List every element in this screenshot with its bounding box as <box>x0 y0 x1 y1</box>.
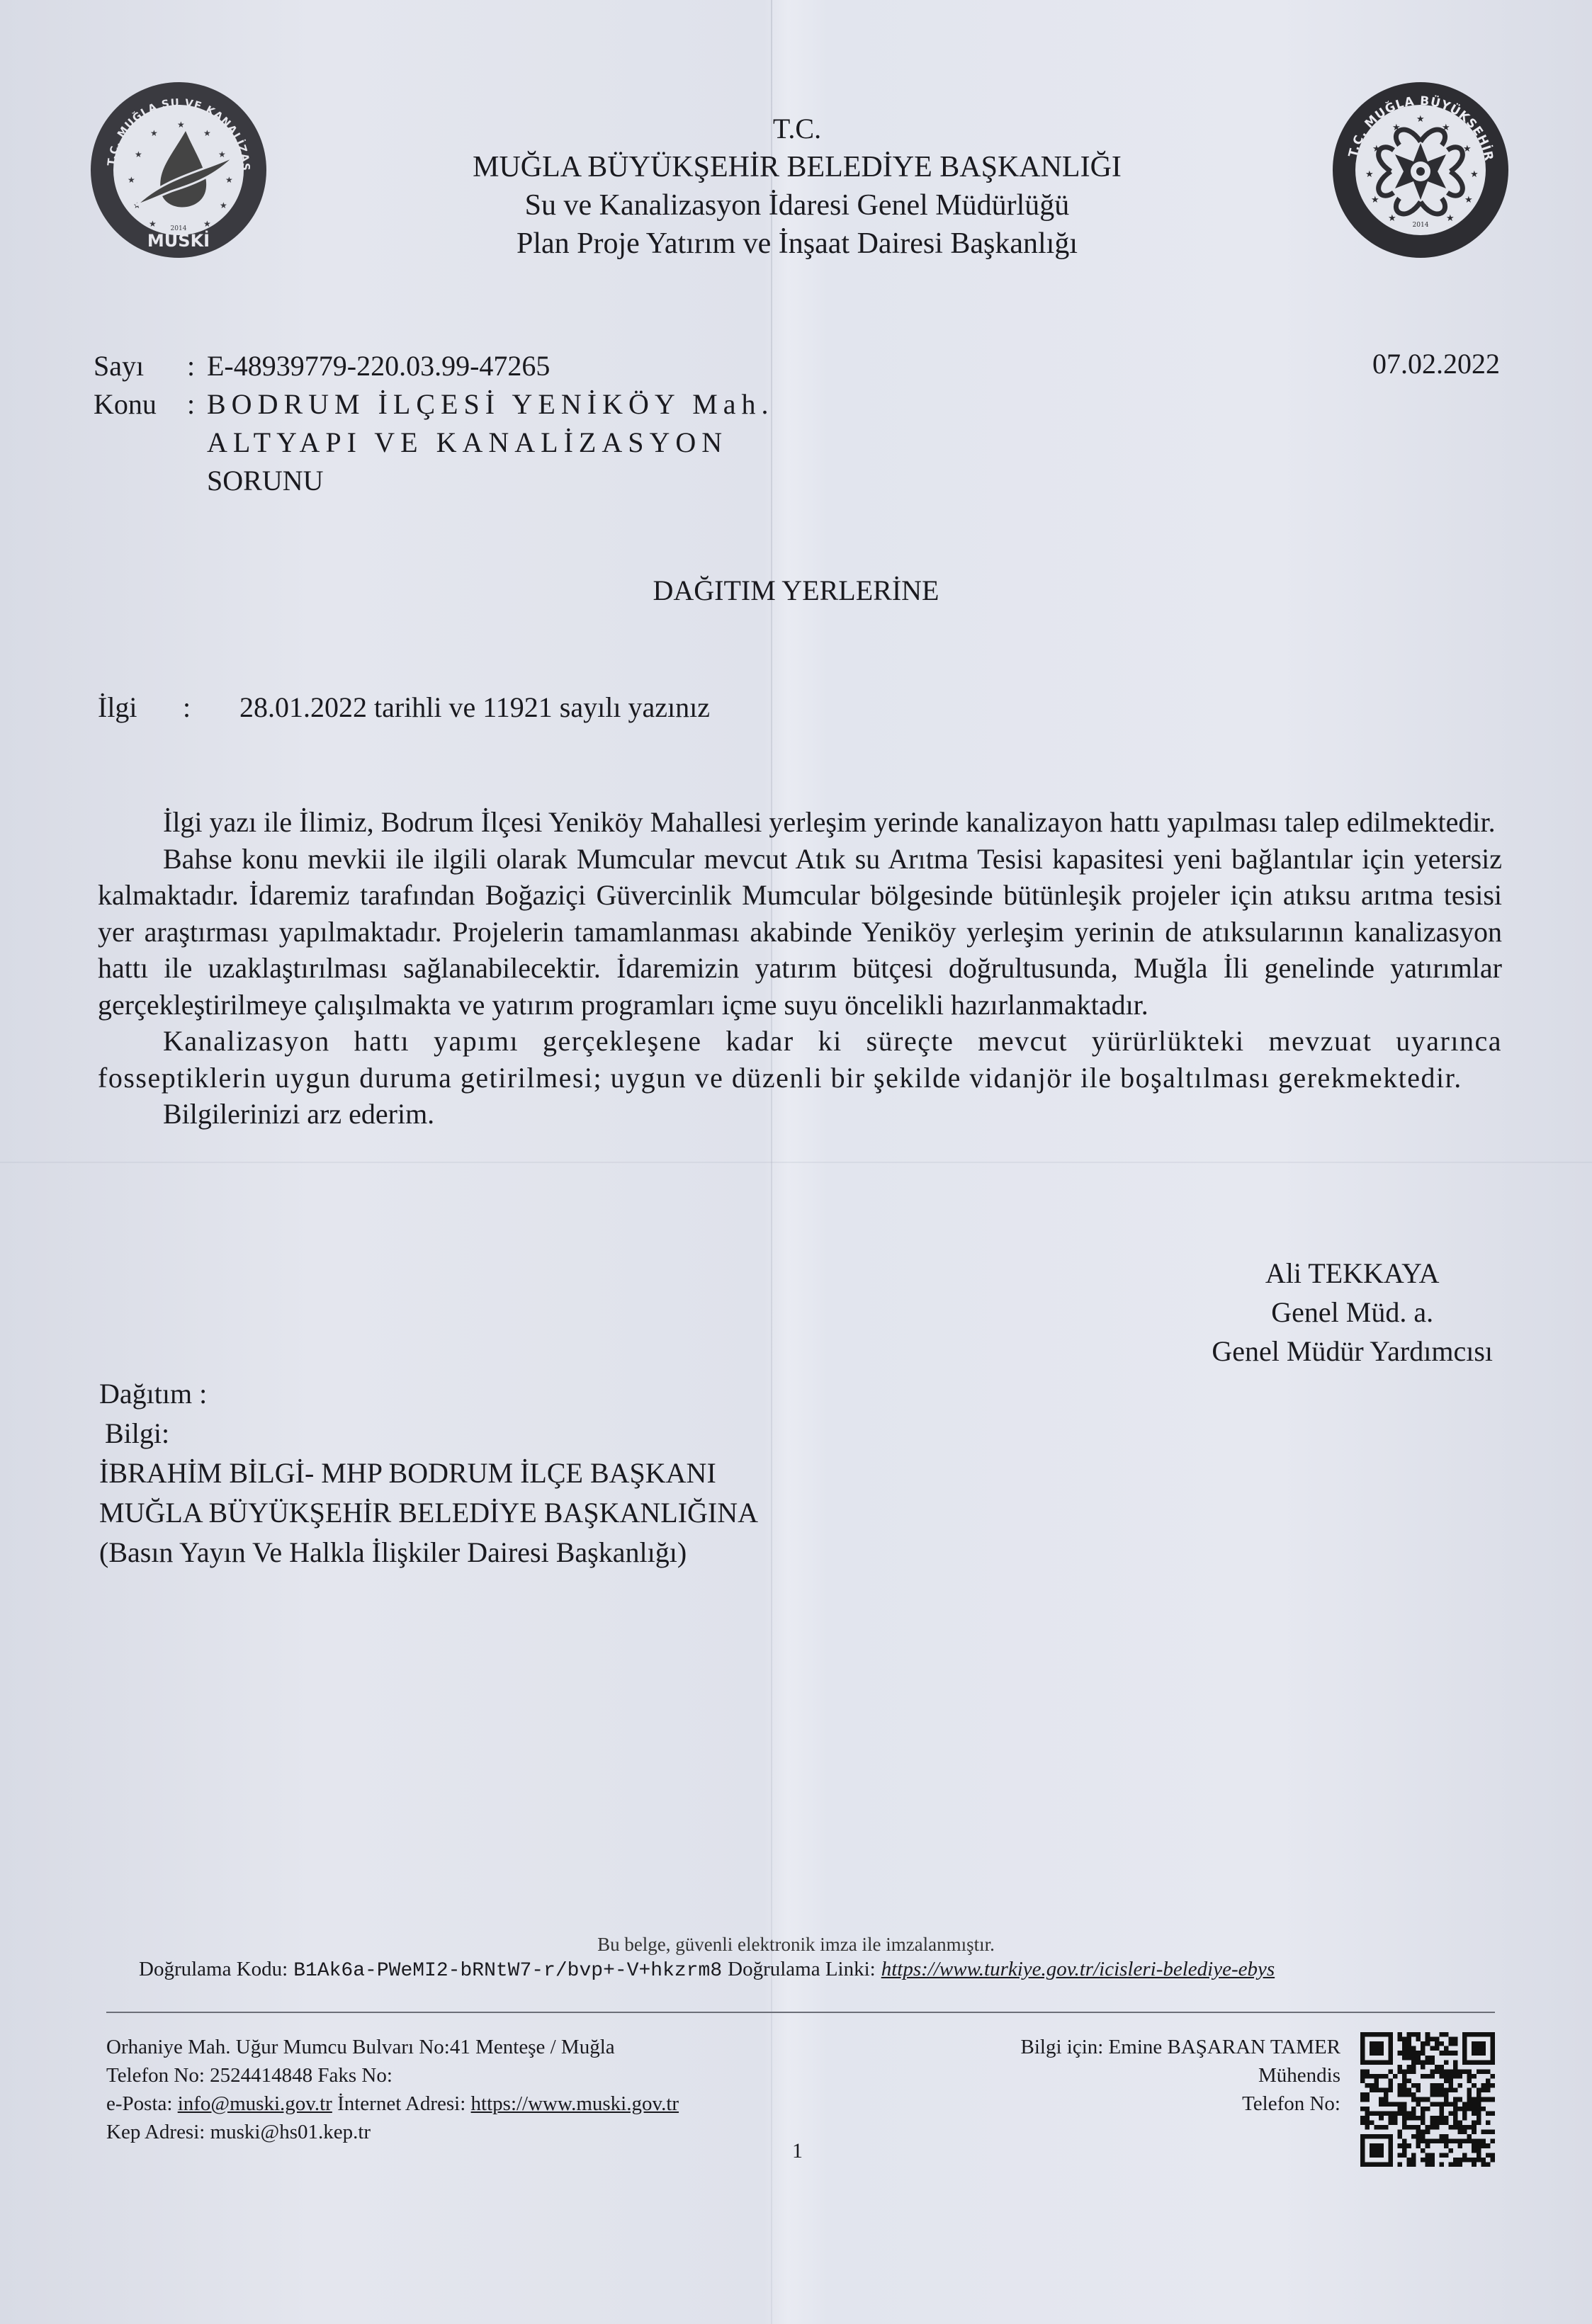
address-line: Orhaniye Mah. Uğur Mumcu Bulvarı No:41 M… <box>106 2033 679 2061</box>
email-label: e-Posta: <box>106 2092 172 2115</box>
svg-text:★: ★ <box>177 120 185 130</box>
contact-phone: Telefon No: <box>1021 2090 1341 2118</box>
body-paragraph-3: Kanalizasyon hattı yapımı gerçekleşene k… <box>98 1023 1502 1096</box>
signature-block: Ali TEKKAYA Genel Müd. a. Genel Müdür Ya… <box>1212 1254 1493 1371</box>
distribution-item: MUĞLA BÜYÜKŞEHİR BELEDİYE BAŞKANLIĞINA <box>99 1493 758 1533</box>
subject-label: Konu <box>94 385 187 500</box>
svg-text:★: ★ <box>1464 195 1473 205</box>
signer-name: Ali TEKKAYA <box>1212 1254 1493 1293</box>
email-link[interactable]: info@muski.gov.tr <box>178 2092 332 2115</box>
svg-text:★: ★ <box>1470 169 1479 180</box>
verify-code-label: Doğrulama Kodu: <box>139 1958 288 1981</box>
verify-link[interactable]: https://www.turkiye.gov.tr/icisleri-bele… <box>881 1958 1275 1981</box>
svg-text:★: ★ <box>150 128 158 138</box>
info-label: Bilgi: <box>105 1414 758 1453</box>
footer-contact: Bilgi için: Emine BAŞARAN TAMER Mühendis… <box>1021 2033 1341 2118</box>
subject-separator: : <box>187 385 207 500</box>
phone-line: Telefon No: 2524414848 Faks No: <box>106 2061 679 2090</box>
email-web-line: e-Posta: info@muski.gov.tr İnternet Adre… <box>106 2090 679 2118</box>
subject-line-2: ALTYAPI VE KANALİZASYON <box>207 424 774 462</box>
svg-text:MUSKİ: MUSKİ <box>147 230 210 251</box>
distribution-item: İBRAHİM BİLGİ- MHP BODRUM İLÇE BAŞKANI <box>99 1453 758 1493</box>
svg-text:★: ★ <box>135 149 142 159</box>
letterhead-institution: MUĞLA BÜYÜKŞEHİR BELEDİYE BAŞKANLIĞI <box>397 148 1197 186</box>
svg-text:★: ★ <box>203 128 211 138</box>
number-separator: : <box>187 347 207 385</box>
svg-text:2014: 2014 <box>1413 222 1429 229</box>
distribution-item: (Basın Yayın Ve Halkla İlişkiler Dairesi… <box>99 1533 758 1572</box>
subject-row: Konu : BODRUM İLÇESİ YENİKÖY Mah. ALTYAP… <box>94 385 774 500</box>
number-value: E-48939779-220.03.99-47265 <box>207 347 550 385</box>
letterhead: T.C. MUĞLA BÜYÜKŞEHİR BELEDİYE BAŞKANLIĞ… <box>397 110 1197 263</box>
svg-text:★: ★ <box>1388 213 1396 224</box>
svg-text:★: ★ <box>1416 114 1425 125</box>
letterhead-department: Plan Proje Yatırım ve İnşaat Dairesi Baş… <box>397 225 1197 263</box>
muski-seal-icon: T.C. MUĞLA SU VE KANALİZASYON İDARESİ GE… <box>86 78 271 262</box>
recipients-title: DAĞITIM YERLERİNE <box>0 574 1592 607</box>
mugla-municipality-seal-icon: T.C. MUĞLA BÜYÜKŞEHİR BELEDİYESİ ★★★ ★★ … <box>1328 78 1513 262</box>
verify-code: B1Ak6a-PWeMI2-bRNtW7-r/bvp+-V+hkzrm8 <box>293 1960 722 1982</box>
number-row: Sayı : E-48939779-220.03.99-47265 <box>94 347 774 385</box>
body-paragraph-2: Bahse konu mevkii ile ilgili olarak Mumc… <box>98 841 1502 1024</box>
svg-text:★: ★ <box>220 200 227 210</box>
letterhead-tc: T.C. <box>397 110 1197 148</box>
footer-divider <box>106 2012 1495 2013</box>
letter-body: İlgi yazı ile İlimiz, Bodrum İlçesi Yeni… <box>98 804 1502 1133</box>
verification-row: Doğrulama Kodu: B1Ak6a-PWeMI2-bRNtW7-r/b… <box>139 1958 1275 1982</box>
signer-title-2: Genel Müdür Yardımcısı <box>1212 1332 1493 1371</box>
kep-line: Kep Adresi: muski@hs01.kep.tr <box>106 2118 679 2146</box>
verify-link-label: Doğrulama Linki: <box>728 1958 876 1981</box>
subject-line-1: BODRUM İLÇESİ YENİKÖY Mah. <box>207 385 774 424</box>
contact-person: Bilgi için: Emine BAŞARAN TAMER <box>1021 2033 1341 2061</box>
svg-text:★: ★ <box>1446 213 1455 224</box>
reference-row: İlgi : 28.01.2022 tarihli ve 11921 sayıl… <box>98 691 710 724</box>
body-paragraph-closing: Bilgilerinizi arz ederim. <box>98 1096 1502 1133</box>
document-meta: Sayı : E-48939779-220.03.99-47265 Konu :… <box>94 347 774 500</box>
svg-text:★: ★ <box>218 149 226 159</box>
contact-title: Mühendis <box>1021 2061 1341 2090</box>
page-number: 1 <box>792 2139 803 2163</box>
svg-text:★: ★ <box>1371 195 1379 205</box>
esignature-note: Bu belge, güvenli elektronik imza ile im… <box>0 1934 1592 1956</box>
web-label: İnternet Adresi: <box>337 2092 465 2115</box>
subject-line-3: SORUNU <box>207 462 774 500</box>
document-date: 07.02.2022 <box>1372 347 1500 380</box>
svg-text:★: ★ <box>225 175 233 185</box>
distribution-label: Dağıtım : <box>99 1374 758 1414</box>
number-label: Sayı <box>94 347 187 385</box>
reference-label: İlgi <box>98 691 183 724</box>
recipients-title-text: DAĞITIM YERLERİNE <box>653 574 939 606</box>
svg-text:★: ★ <box>149 219 157 229</box>
footer-address: Orhaniye Mah. Uğur Mumcu Bulvarı No:41 M… <box>106 2033 679 2146</box>
svg-text:★: ★ <box>203 219 211 229</box>
distribution-list: Dağıtım : Bilgi: İBRAHİM BİLGİ- MHP BODR… <box>99 1374 758 1572</box>
signer-title-1: Genel Müd. a. <box>1212 1293 1493 1332</box>
svg-text:★: ★ <box>128 175 135 185</box>
qr-code-icon <box>1360 2031 1495 2167</box>
svg-text:★: ★ <box>1365 169 1374 180</box>
web-link[interactable]: https://www.muski.gov.tr <box>471 2092 679 2115</box>
letterhead-directorate: Su ve Kanalizasyon İdaresi Genel Müdürlü… <box>397 186 1197 225</box>
reference-value: 28.01.2022 tarihli ve 11921 sayılı yazın… <box>239 691 710 724</box>
body-paragraph-1: İlgi yazı ile İlimiz, Bodrum İlçesi Yeni… <box>98 804 1502 841</box>
paper-fold-horizontal <box>0 1162 1592 1163</box>
reference-separator: : <box>183 691 239 724</box>
svg-text:2014: 2014 <box>171 225 187 232</box>
